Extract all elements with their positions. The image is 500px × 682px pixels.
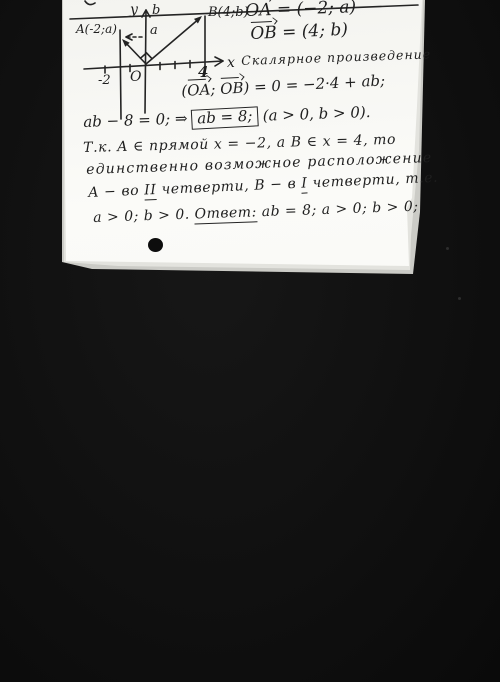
point-a-label: A(-2;a): [75, 22, 117, 36]
black-dot: [148, 238, 163, 252]
cutoff-scribble: [85, 1, 95, 5]
answer-conditions: a > 0; b > 0.: [93, 206, 195, 226]
point-b-label: B(4;b): [207, 5, 249, 20]
x-axis-label: x: [227, 55, 235, 71]
solution-line-oa-vector: OA = (−2; a): [245, 0, 356, 21]
equation-before-box: ab − 8 = 0; ⇒: [83, 109, 188, 131]
answer-word: Ответ:: [194, 204, 257, 224]
background-speck: [446, 247, 449, 250]
vector-oa-notation: OA: [245, 1, 272, 21]
scanned-page: y b x O -2 4 a A(-2;a) B(4;b) OA = (−2; …: [0, 0, 500, 682]
solution-line-ob-vector: OB = (4; b): [250, 21, 348, 44]
background-speck: [458, 297, 461, 300]
ob-vector-value: = (4; b): [276, 20, 348, 43]
tick-label-minus2: -2: [98, 73, 111, 88]
y-axis: [145, 10, 146, 113]
y-axis-label: y: [129, 2, 139, 18]
line-x-equals-minus2: [120, 30, 121, 119]
vector-oa-notation: OA: [187, 81, 211, 99]
equation-after-box: (a > 0, b > 0).: [262, 103, 370, 125]
vector-ob-notation: OB: [220, 80, 244, 98]
oa-vector-value: = (−2; a): [271, 0, 356, 20]
boxed-result: ab = 8;: [191, 106, 259, 129]
quadrant-text-1: A − во: [88, 183, 145, 201]
a-mark-label: a: [150, 23, 158, 38]
vector-ob-notation: OB: [250, 24, 277, 44]
origin-label: O: [130, 69, 142, 85]
b-mark-label: b: [152, 3, 160, 18]
roman-numeral-ii: II: [144, 182, 157, 201]
